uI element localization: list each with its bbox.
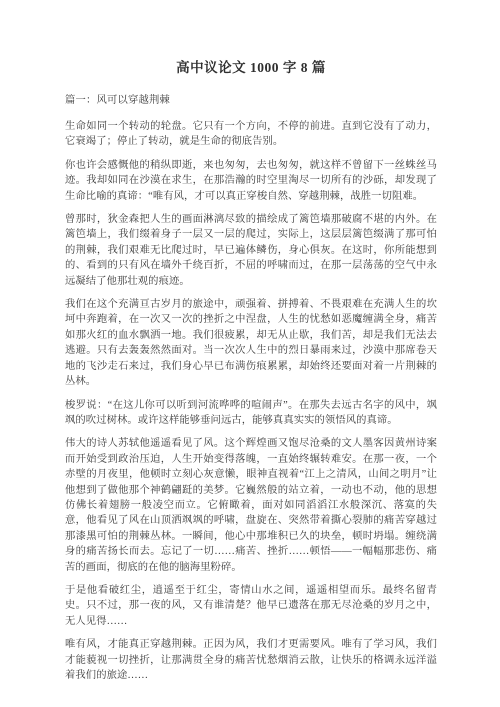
document-title: 高中议论文 1000 字 8 篇 [65,56,437,76]
essay-body: 生命如同一个转动的轮盘。它只有一个方向，不停的前进。直到它没有了动力，它衰竭了；… [65,119,437,683]
essay-paragraph: 曾那时，狄金森把人生的画面淋漓尽致的描绘成了篱笆墙那破腐不堪的内外。在篱笆墙上，… [65,212,437,289]
essay-paragraph: 梭罗说：“在这儿你可以听到河流哗哗的喧闹声”。在那失去远古名字的风中，飒飒的吹过… [65,398,437,429]
essay-paragraph: 你也许会感慨他的稍纵即逝，来也匆匆，去也匆匆，就这样不曾留下一丝蛛丝马迹。我却如… [65,158,437,204]
document-page: 高中议论文 1000 字 8 篇 篇一：风可以穿越荆棘 生命如同一个转动的轮盘。… [0,0,500,707]
essay-paragraph: 伟大的诗人苏轼他遥遥看见了风。这个辉煌画又饱尽沧桑的文人墨客因黄州诗案而开始受到… [65,436,437,575]
essay-paragraph: 于是他看破红尘，逍遥至于红尘，寄情山水之间，遥遥相望而乐。最终名留青史。只不过，… [65,583,437,629]
section-heading: 篇一：风可以穿越荆棘 [65,91,437,106]
essay-paragraph: 唯有风，才能真正穿越荆棘。正因为风，我们才更需要风。唯有了学习风，我们才能藐视一… [65,637,437,683]
essay-paragraph: 生命如同一个转动的轮盘。它只有一个方向，不停的前进。直到它没有了动力，它衰竭了；… [65,119,437,150]
essay-paragraph: 我们在这个充满亘古岁月的旅途中，顽强着、拼搏着、不畏艰难在充满人生的坎坷中奔跑着… [65,297,437,389]
